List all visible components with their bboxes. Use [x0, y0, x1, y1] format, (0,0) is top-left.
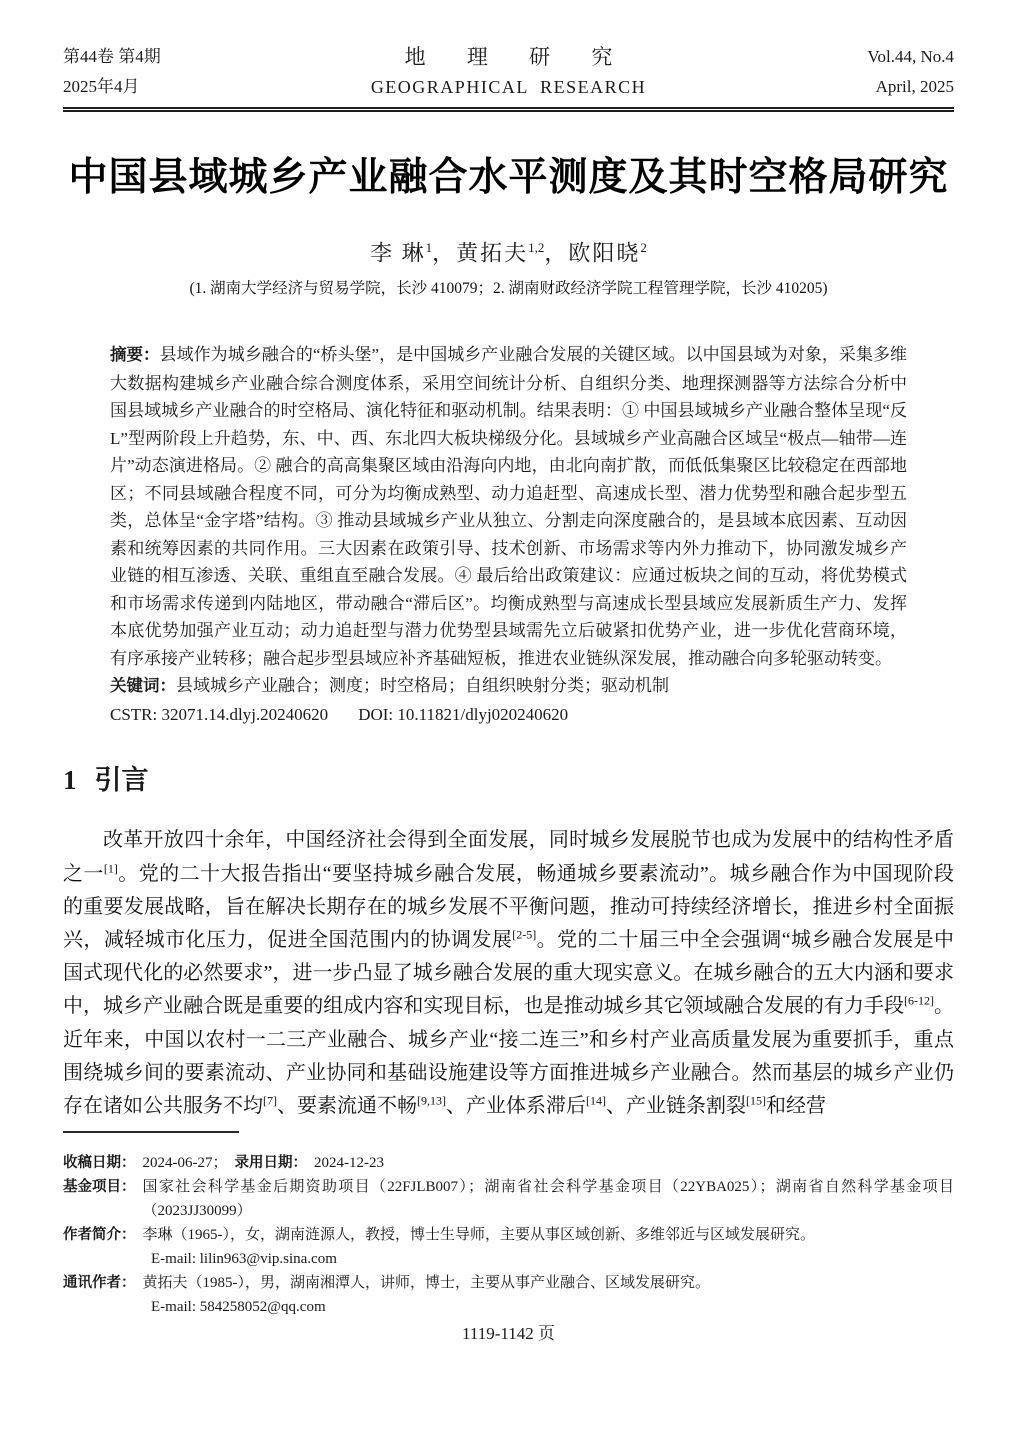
corresponding-author-value: 黄拓夫（1985-），男，湖南湘潭人，讲师，博士，主要从事产业融合、区域发展研究… [143, 1271, 955, 1295]
corresponding-email-row: E-mail: 584258052@qq.com [63, 1295, 954, 1319]
volume-issue-en: Vol.44, No.4 [784, 42, 954, 72]
doi-id: DOI: 10.11821/dlyj020240620 [358, 701, 568, 729]
author-bio-label: 作者简介： [63, 1223, 136, 1247]
corresponding-email: E-mail: 584258052@qq.com [151, 1295, 326, 1319]
keywords-label: 关键词： [110, 677, 176, 695]
date-cn: 2025年4月 [63, 72, 233, 102]
received-date-value: 2024-06-27； [143, 1151, 228, 1175]
corresponding-author-label: 通讯作者： [63, 1271, 136, 1295]
abstract-paragraph: 摘要：县域作为城乡融合的“桥头堡”，是中国城乡产业融合发展的关键区域。以中国县域… [110, 341, 907, 672]
corresponding-author-row: 通讯作者： 黄拓夫（1985-），男，湖南湘潭人，讲师，博士，主要从事产业融合、… [63, 1271, 954, 1295]
affiliation-line: (1. 湖南大学经济与贸易学院，长沙 410079；2. 湖南财政经济学院工程管… [63, 279, 954, 299]
volume-issue-cn: 第44卷 第4期 [63, 42, 233, 72]
section-number: 1 [63, 765, 77, 795]
footnote-divider [63, 1131, 239, 1133]
keywords-line: 关键词：县域城乡产业融合；测度；时空格局；自组织映射分类；驱动机制 [110, 672, 907, 701]
header-left-block: 第44卷 第4期 2025年4月 [63, 42, 233, 102]
footnotes-block: 收稿日期： 2024-06-27； 录用日期： 2024-12-23 基金项目：… [63, 1151, 954, 1319]
journal-title-en: GEOGRAPHICAL RESEARCH [233, 72, 784, 102]
dates-row: 收稿日期： 2024-06-27； 录用日期： 2024-12-23 [63, 1151, 954, 1175]
introduction-paragraph: 改革开放四十余年，中国经济社会得到全面发展，同时城乡发展脱节也成为发展中的结构性… [63, 824, 954, 1123]
author-email-row: E-mail: lilin963@vip.sina.com [63, 1247, 954, 1271]
funding-row: 基金项目： 国家社会科学基金后期资助项目（22FJLB007）；湖南省社会科学基… [63, 1175, 954, 1223]
header-right-block: Vol.44, No.4 April, 2025 [784, 42, 954, 102]
funding-value: 国家社会科学基金后期资助项目（22FJLB007）；湖南省社会科学基金项目（22… [143, 1175, 955, 1223]
author-bio-row: 作者简介： 李琳（1965-），女，湖南涟源人，教授，博士生导师，主要从事区域创… [63, 1223, 954, 1247]
header-center-block: 地 理 研 究 GEOGRAPHICAL RESEARCH [233, 42, 784, 102]
keywords-text: 县域城乡产业融合；测度；时空格局；自组织映射分类；驱动机制 [176, 676, 669, 695]
cstr-id: CSTR: 32071.14.dlyj.20240620 [110, 701, 328, 729]
abstract-text: 县域作为城乡融合的“桥头堡”，是中国城乡产业融合发展的关键区域。以中国县域为对象… [110, 345, 907, 668]
abstract-label: 摘要： [110, 346, 160, 364]
author-bio-value: 李琳（1965-），女，湖南涟源人，教授，博士生导师，主要从事区域创新、多维邻近… [143, 1223, 955, 1247]
received-date-label: 收稿日期： [63, 1151, 136, 1175]
article-title: 中国县域城乡产业融合水平测度及其时空格局研究 [63, 154, 954, 202]
section-title: 引言 [95, 765, 149, 795]
accepted-date-label: 录用日期： [235, 1151, 308, 1175]
funding-label: 基金项目： [63, 1175, 136, 1223]
journal-title-cn: 地 理 研 究 [233, 42, 784, 72]
page-range: 1119-1142 页 [63, 1323, 954, 1345]
header-divider [63, 107, 954, 112]
journal-article-page: 第44卷 第4期 2025年4月 地 理 研 究 GEOGRAPHICAL RE… [0, 0, 1017, 1442]
abstract-block: 摘要：县域作为城乡融合的“桥头堡”，是中国城乡产业融合发展的关键区域。以中国县域… [110, 341, 907, 728]
identifier-line: CSTR: 32071.14.dlyj.20240620 DOI: 10.118… [110, 701, 907, 729]
accepted-date-value: 2024-12-23 [314, 1151, 384, 1175]
journal-header: 第44卷 第4期 2025年4月 地 理 研 究 GEOGRAPHICAL RE… [63, 42, 954, 102]
author-email: E-mail: lilin963@vip.sina.com [151, 1247, 337, 1271]
section-heading-introduction: 1引言 [63, 762, 954, 798]
date-en: April, 2025 [784, 72, 954, 102]
authors-line: 李 琳1，黄拓夫1,2，欧阳晓2 [63, 234, 954, 267]
